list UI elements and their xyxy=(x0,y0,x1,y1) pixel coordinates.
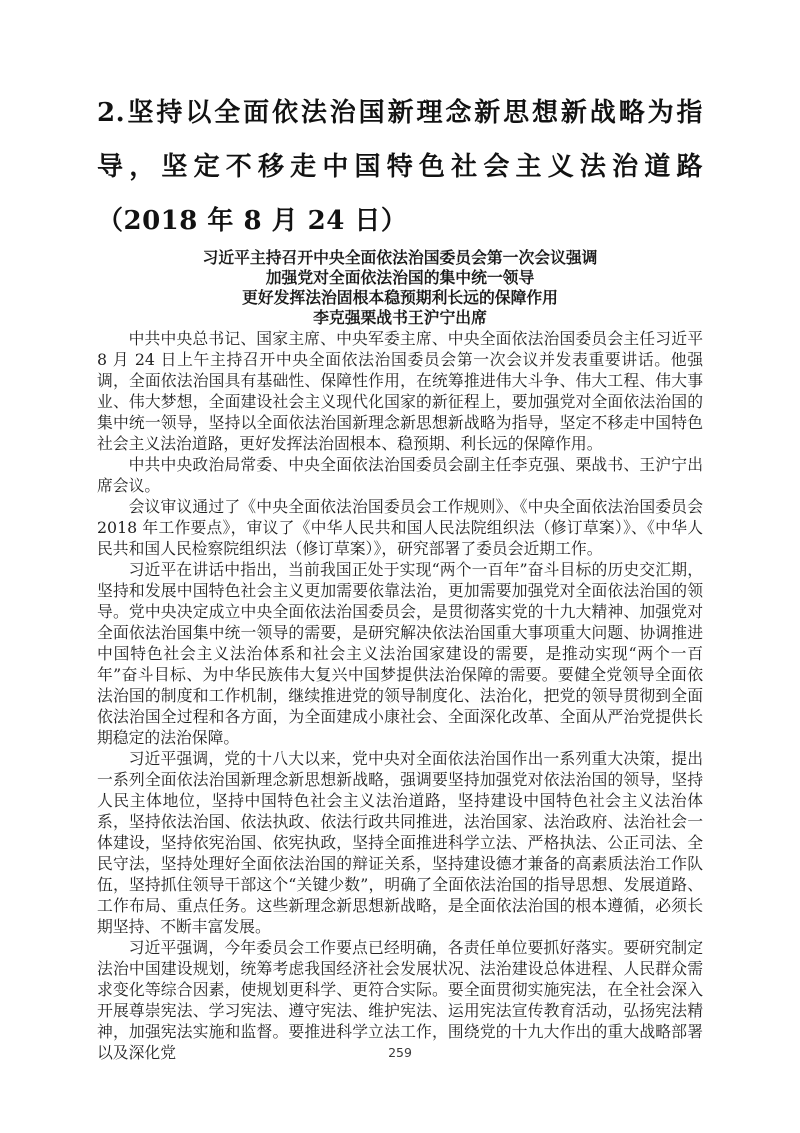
subtitle-line-4: 李克强栗战书王沪宁出席 xyxy=(97,308,703,328)
body-paragraph-4: 习近平在讲话中指出，当前我国正处于实现“两个一百年”奋斗目标的历史交汇期，坚持和… xyxy=(97,559,703,748)
article-subtitle: 习近平主持召开中央全面依法治国委员会第一次会议强调 加强党对全面依法治国的集中统… xyxy=(97,248,703,328)
body-paragraph-2: 中共中央政治局常委、中央全面依法治国委员会副主任李克强、栗战书、王沪宁出席会议。 xyxy=(97,454,703,496)
page-number: 259 xyxy=(0,1045,800,1060)
page-content: 2.坚持以全面依法治国新理念新思想新战略为指导，坚定不移走中国特色社会主义法治道… xyxy=(0,0,800,1063)
body-paragraph-3: 会议审议通过了《中央全面依法治国委员会工作规则》、《中央全面依法治国委员会 20… xyxy=(97,496,703,559)
body-paragraph-5: 习近平强调，党的十八大以来，党中央对全面依法治国作出一系列重大决策，提出一系列全… xyxy=(97,748,703,937)
document-page: 2.坚持以全面依法治国新理念新思想新战略为指导，坚定不移走中国特色社会主义法治道… xyxy=(0,0,800,1133)
subtitle-line-2: 加强党对全面依法治国的集中统一领导 xyxy=(97,268,703,288)
article-title: 2.坚持以全面依法治国新理念新思想新战略为指导，坚定不移走中国特色社会主义法治道… xyxy=(97,86,703,248)
subtitle-line-3: 更好发挥法治固根本稳预期利长远的保障作用 xyxy=(97,288,703,308)
body-paragraph-1: 中共中央总书记、国家主席、中央军委主席、中央全面依法治国委员会主任习近平 8 月… xyxy=(97,328,703,454)
article-body: 中共中央总书记、国家主席、中央军委主席、中央全面依法治国委员会主任习近平 8 月… xyxy=(97,328,703,1063)
subtitle-line-1: 习近平主持召开中央全面依法治国委员会第一次会议强调 xyxy=(97,248,703,268)
